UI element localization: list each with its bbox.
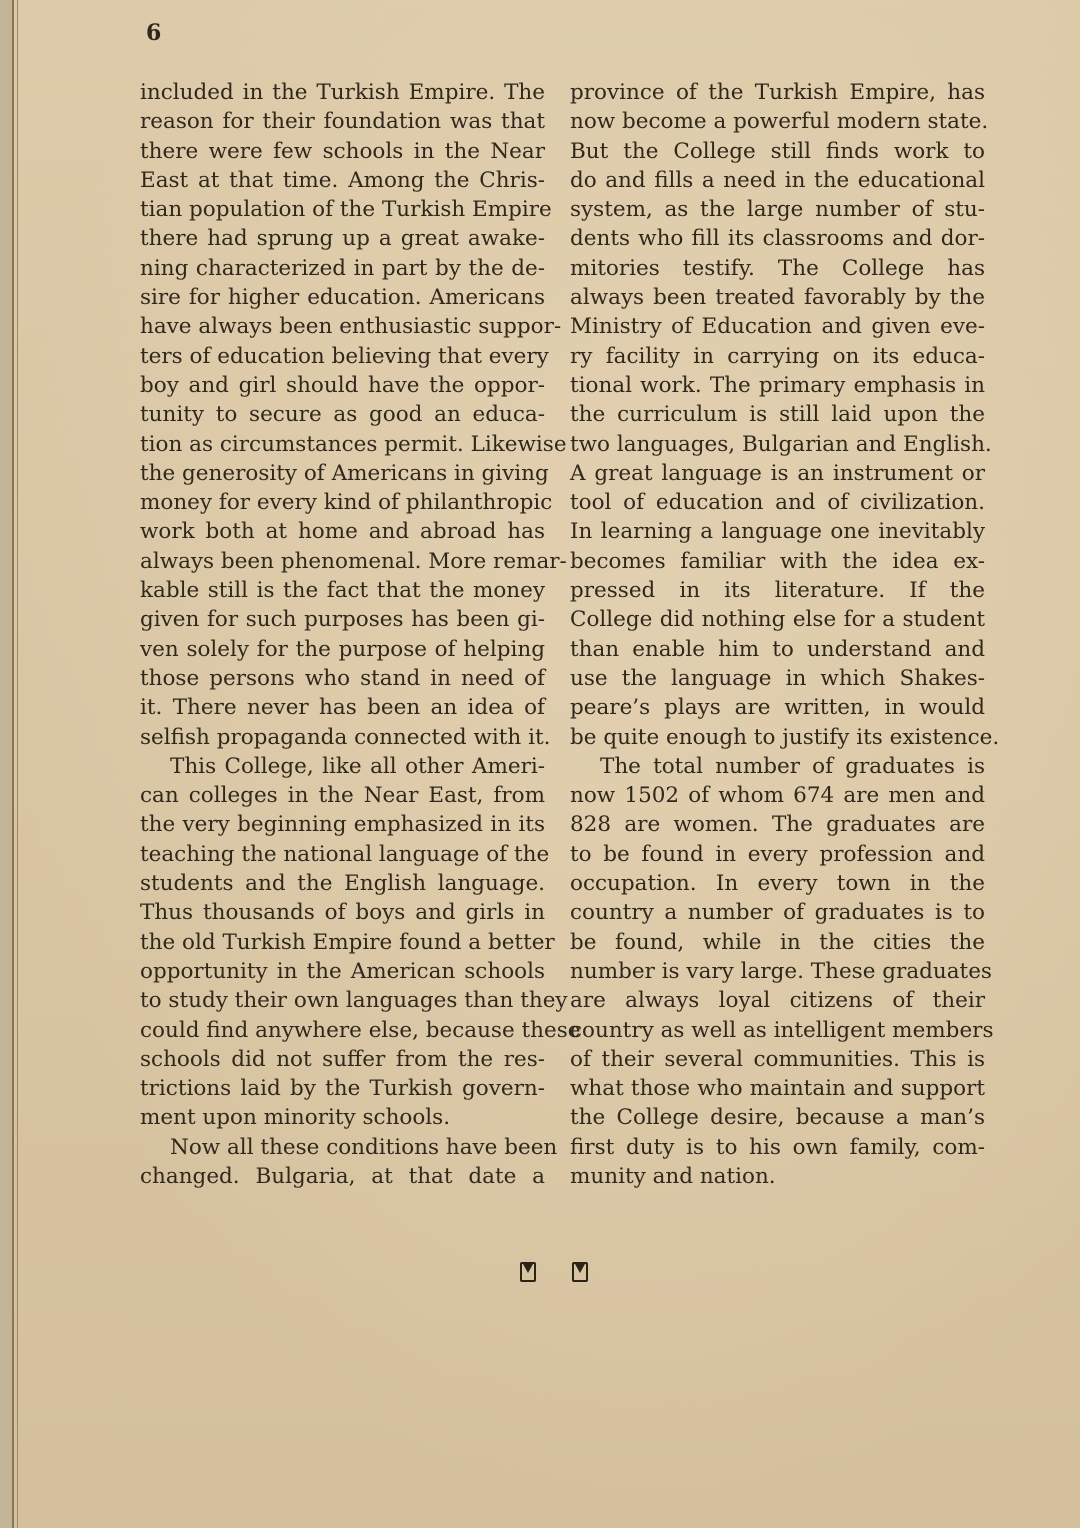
text-line: becomes familiar with the idea ex-: [570, 547, 985, 576]
paragraph-start-line: Now all these conditions have been: [140, 1133, 545, 1162]
text-line: changed. Bulgaria, at that date a: [140, 1162, 545, 1191]
ornament-icon: [572, 1262, 588, 1282]
text-line: always been treated favorably by the: [570, 283, 985, 312]
text-line: College did nothing else for a student: [570, 605, 985, 634]
text-line: 828 are women. The graduates are: [570, 810, 985, 839]
text-line: have always been enthusiastic suppor-: [140, 312, 545, 341]
text-line: always been phenomenal. More remar-: [140, 547, 545, 576]
text-line: selfish propaganda connected with it.: [140, 723, 545, 752]
text-line: munity and nation.: [570, 1162, 985, 1191]
text-line: kable still is the fact that the money: [140, 576, 545, 605]
text-line: students and the English language.: [140, 869, 545, 898]
text-line: peare’s plays are written, in would: [570, 693, 985, 722]
text-line: A great language is an instrument or: [570, 459, 985, 488]
text-line: ry facility in carrying on its educa-: [570, 342, 985, 371]
text-line: reason for their foundation was that: [140, 107, 545, 136]
text-line: there had sprung up a great awake-: [140, 224, 545, 253]
text-line: can colleges in the Near East, from: [140, 781, 545, 810]
text-line: opportunity in the American schools: [140, 957, 545, 986]
text-line: ters of education believing that every: [140, 342, 545, 371]
text-line: Thus thousands of boys and girls in: [140, 898, 545, 927]
text-column-left: included in the Turkish Empire. The reas…: [140, 78, 545, 1191]
text-line: ment upon minority schools.: [140, 1103, 545, 1132]
text-line: be quite enough to justify its existence…: [570, 723, 985, 752]
text-line: two languages, Bulgarian and English.: [570, 430, 985, 459]
text-line: there were few schools in the Near: [140, 137, 545, 166]
text-line: province of the Turkish Empire, has: [570, 78, 985, 107]
text-line: to study their own languages than they: [140, 986, 545, 1015]
text-line: system, as the large number of stu-: [570, 195, 985, 224]
text-line: Ministry of Education and given eve-: [570, 312, 985, 341]
text-line: country a number of graduates is to: [570, 898, 985, 927]
text-line: the curriculum is still laid upon the: [570, 400, 985, 429]
text-line: tunity to secure as good an educa-: [140, 400, 545, 429]
text-line: the very beginning emphasized in its: [140, 810, 545, 839]
text-line: money for every kind of philanthropic: [140, 488, 545, 517]
text-line: the College desire, because a man’s: [570, 1103, 985, 1132]
text-line: the old Turkish Empire found a better: [140, 928, 545, 957]
binding-edge: [0, 0, 12, 1528]
text-line: pressed in its literature. If the: [570, 576, 985, 605]
ornament-divider: [520, 1262, 588, 1282]
text-line: teaching the national language of the: [140, 840, 545, 869]
text-line: those persons who stand in need of: [140, 664, 545, 693]
text-line: schools did not suffer from the res-: [140, 1045, 545, 1074]
text-line: first duty is to his own family, com-: [570, 1133, 985, 1162]
text-line: trictions laid by the Turkish govern-: [140, 1074, 545, 1103]
text-line: tian population of the Turkish Empire: [140, 195, 545, 224]
text-line: included in the Turkish Empire. The: [140, 78, 545, 107]
document-page: 6 included in the Turkish Empire. The re…: [0, 0, 1080, 1528]
text-line: But the College still finds work to: [570, 137, 985, 166]
paragraph-start-line: This College, like all other Ameri-: [140, 752, 545, 781]
text-line: than enable him to understand and: [570, 635, 985, 664]
text-line: the generosity of Americans in giving: [140, 459, 545, 488]
text-line: it. There never has been an idea of: [140, 693, 545, 722]
text-line: mitories testify. The College has: [570, 254, 985, 283]
text-line: country as well as intelligent members: [570, 1016, 985, 1045]
text-line: given for such purposes has been gi-: [140, 605, 545, 634]
text-line: be found, while in the cities the: [570, 928, 985, 957]
text-line: now 1502 of whom 674 are men and: [570, 781, 985, 810]
text-line: number is vary large. These graduates: [570, 957, 985, 986]
text-line: to be found in every profession and: [570, 840, 985, 869]
text-line: tion as circumstances permit. Likewise: [140, 430, 545, 459]
text-line: boy and girl should have the oppor-: [140, 371, 545, 400]
text-line: In learning a language one inevitably: [570, 517, 985, 546]
text-line: what those who maintain and support: [570, 1074, 985, 1103]
page-number: 6: [146, 20, 161, 46]
text-line: occupation. In every town in the: [570, 869, 985, 898]
text-line: could find anywhere else, because these: [140, 1016, 545, 1045]
text-line: sire for higher education. Americans: [140, 283, 545, 312]
binding-rule: [17, 0, 18, 1528]
text-line: now become a powerful modern state.: [570, 107, 985, 136]
text-column-right: province of the Turkish Empire, has now …: [570, 78, 985, 1191]
text-line: ven solely for the purpose of helping: [140, 635, 545, 664]
binding-rule: [12, 0, 14, 1528]
text-line: ning characterized in part by the de-: [140, 254, 545, 283]
text-line: use the language in which Shakes-: [570, 664, 985, 693]
text-line: dents who fill its classrooms and dor-: [570, 224, 985, 253]
text-line: tional work. The primary emphasis in: [570, 371, 985, 400]
text-line: of their several communities. This is: [570, 1045, 985, 1074]
text-line: tool of education and of civilization.: [570, 488, 985, 517]
ornament-icon: [520, 1262, 536, 1282]
paragraph-start-line: The total number of graduates is: [570, 752, 985, 781]
text-line: do and fills a need in the educational: [570, 166, 985, 195]
text-line: are always loyal citizens of their: [570, 986, 985, 1015]
text-line: East at that time. Among the Chris-: [140, 166, 545, 195]
text-line: work both at home and abroad has: [140, 517, 545, 546]
